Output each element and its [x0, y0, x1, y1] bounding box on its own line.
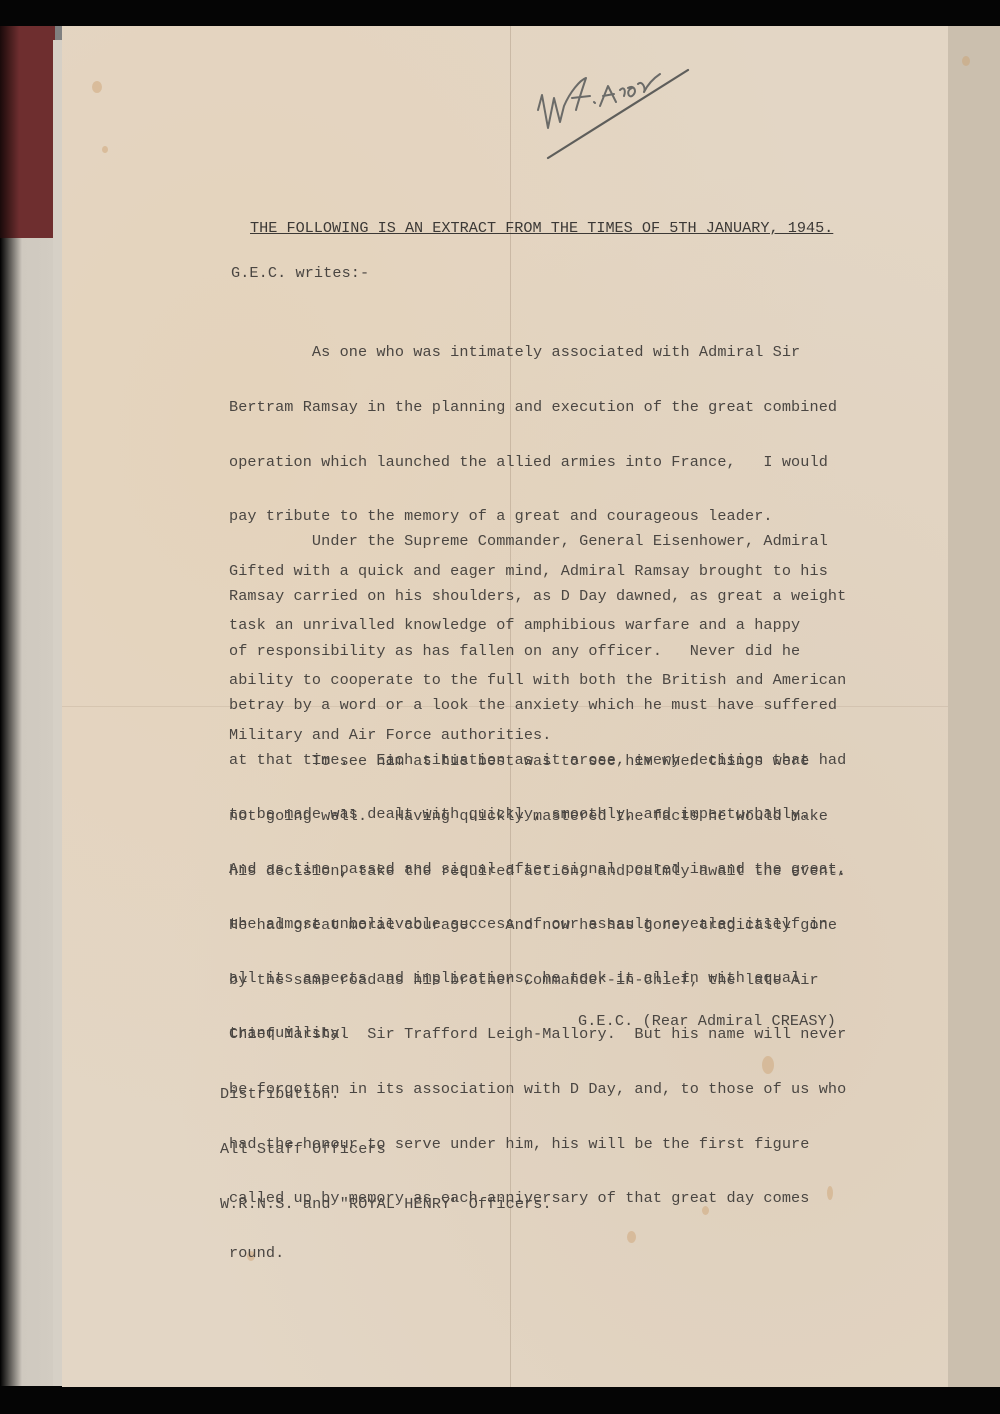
- text-line: Bertram Ramsay in the planning and execu…: [229, 398, 846, 416]
- text-line: He had great moral courage. And now he h…: [229, 916, 846, 934]
- dateline: G.E.C. writes:-: [231, 264, 369, 282]
- text-line: As one who was intimately associated wit…: [229, 343, 846, 361]
- signature-line: G.E.C. (Rear Admiral CREASY): [578, 1012, 836, 1030]
- text-line: his decision, take the required action, …: [229, 862, 846, 880]
- text-line: Under the Supreme Commander, General Eis…: [229, 532, 846, 550]
- scan-maroon-strip: [0, 26, 55, 238]
- text-line: Ramsay carried on his shoulders, as D Da…: [229, 587, 846, 605]
- scan-left-margin: [0, 238, 55, 1386]
- text-line: round.: [229, 1244, 846, 1262]
- foxing-spot: [92, 81, 102, 93]
- document-heading: THE FOLLOWING IS AN EXTRACT FROM THE TIM…: [250, 219, 833, 237]
- foxing-spot: [102, 146, 108, 153]
- distribution-block: Distribution. All Staff Officers W.R.N.S…: [220, 1049, 552, 1231]
- foxing-spot: [962, 56, 970, 66]
- text-line: operation which launched the allied armi…: [229, 453, 846, 471]
- distribution-recipient: All Staff Officers: [220, 1140, 552, 1158]
- distribution-recipient: W.R.N.S. and "ROYAL HENRY" Officers.: [220, 1195, 552, 1213]
- text-line: To see him at his best was to see him wh…: [229, 752, 846, 770]
- scan-right-margin: [948, 26, 1000, 1387]
- text-line: by the same road as his brother Commande…: [229, 971, 846, 989]
- text-line: of responsibility as has fallen on any o…: [229, 642, 846, 660]
- text-line: not going well. Having quickly mastered …: [229, 807, 846, 825]
- pencil-signature: M.Fawcett: [520, 40, 690, 160]
- distribution-title: Distribution.: [220, 1085, 552, 1103]
- text-line: betray by a word or a look the anxiety w…: [229, 696, 846, 714]
